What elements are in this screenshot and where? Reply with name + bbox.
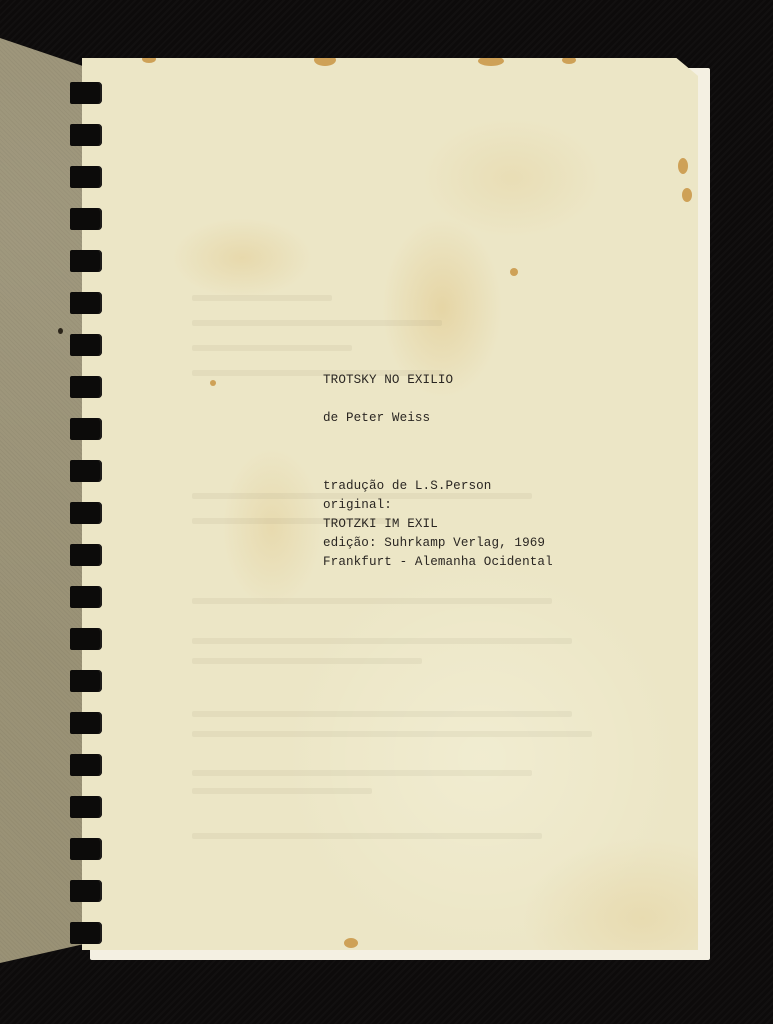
binding-coil xyxy=(70,334,102,356)
binding-coil xyxy=(70,460,102,482)
show-through-line xyxy=(192,711,572,717)
stain xyxy=(142,55,156,63)
binding-coil xyxy=(70,628,102,650)
binding-coil xyxy=(70,586,102,608)
show-through-line xyxy=(192,598,552,604)
original-title: TROTZKI IM EXIL xyxy=(323,515,438,534)
translation-credit: tradução de L.S.Person xyxy=(323,477,491,496)
binding-coil xyxy=(70,502,102,524)
spiral-binding xyxy=(70,82,104,952)
binding-coil xyxy=(70,880,102,902)
binding-coil xyxy=(70,376,102,398)
stain xyxy=(478,56,504,66)
stain xyxy=(562,56,576,64)
show-through-line xyxy=(192,788,372,794)
binding-coil xyxy=(70,250,102,272)
binding-coil xyxy=(70,292,102,314)
binding-coil xyxy=(70,712,102,734)
show-through-line xyxy=(192,295,332,301)
show-through-line xyxy=(192,731,592,737)
binding-coil xyxy=(70,124,102,146)
binding-coil xyxy=(70,544,102,566)
publication-place: Frankfurt - Alemanha Ocidental xyxy=(323,553,553,572)
stain xyxy=(510,268,518,276)
stain xyxy=(314,54,336,66)
binding-coil xyxy=(70,670,102,692)
original-label: original: xyxy=(323,496,392,515)
binding-coil xyxy=(70,418,102,440)
show-through-line xyxy=(192,320,442,326)
stain xyxy=(210,380,216,386)
binding-coil xyxy=(70,166,102,188)
show-through-line xyxy=(192,833,542,839)
edition-info: edição: Suhrkamp Verlag, 1969 xyxy=(323,534,545,553)
document-title: TROTSKY NO EXILIO xyxy=(323,371,453,390)
binding-coil xyxy=(70,838,102,860)
stain xyxy=(678,158,688,174)
binding-coil xyxy=(70,754,102,776)
binding-coil xyxy=(70,208,102,230)
binding-coil xyxy=(70,796,102,818)
show-through-line xyxy=(192,345,352,351)
show-through-line xyxy=(192,658,422,664)
title-page: TROTSKY NO EXILIO de Peter Weiss traduçã… xyxy=(82,58,698,950)
stain xyxy=(344,938,358,948)
show-through-line xyxy=(192,638,572,644)
author-line: de Peter Weiss xyxy=(323,409,430,428)
show-through-line xyxy=(192,770,532,776)
binding-coil xyxy=(70,922,102,944)
cover-mark xyxy=(58,328,63,334)
binding-coil xyxy=(70,82,102,104)
stain xyxy=(682,188,692,202)
